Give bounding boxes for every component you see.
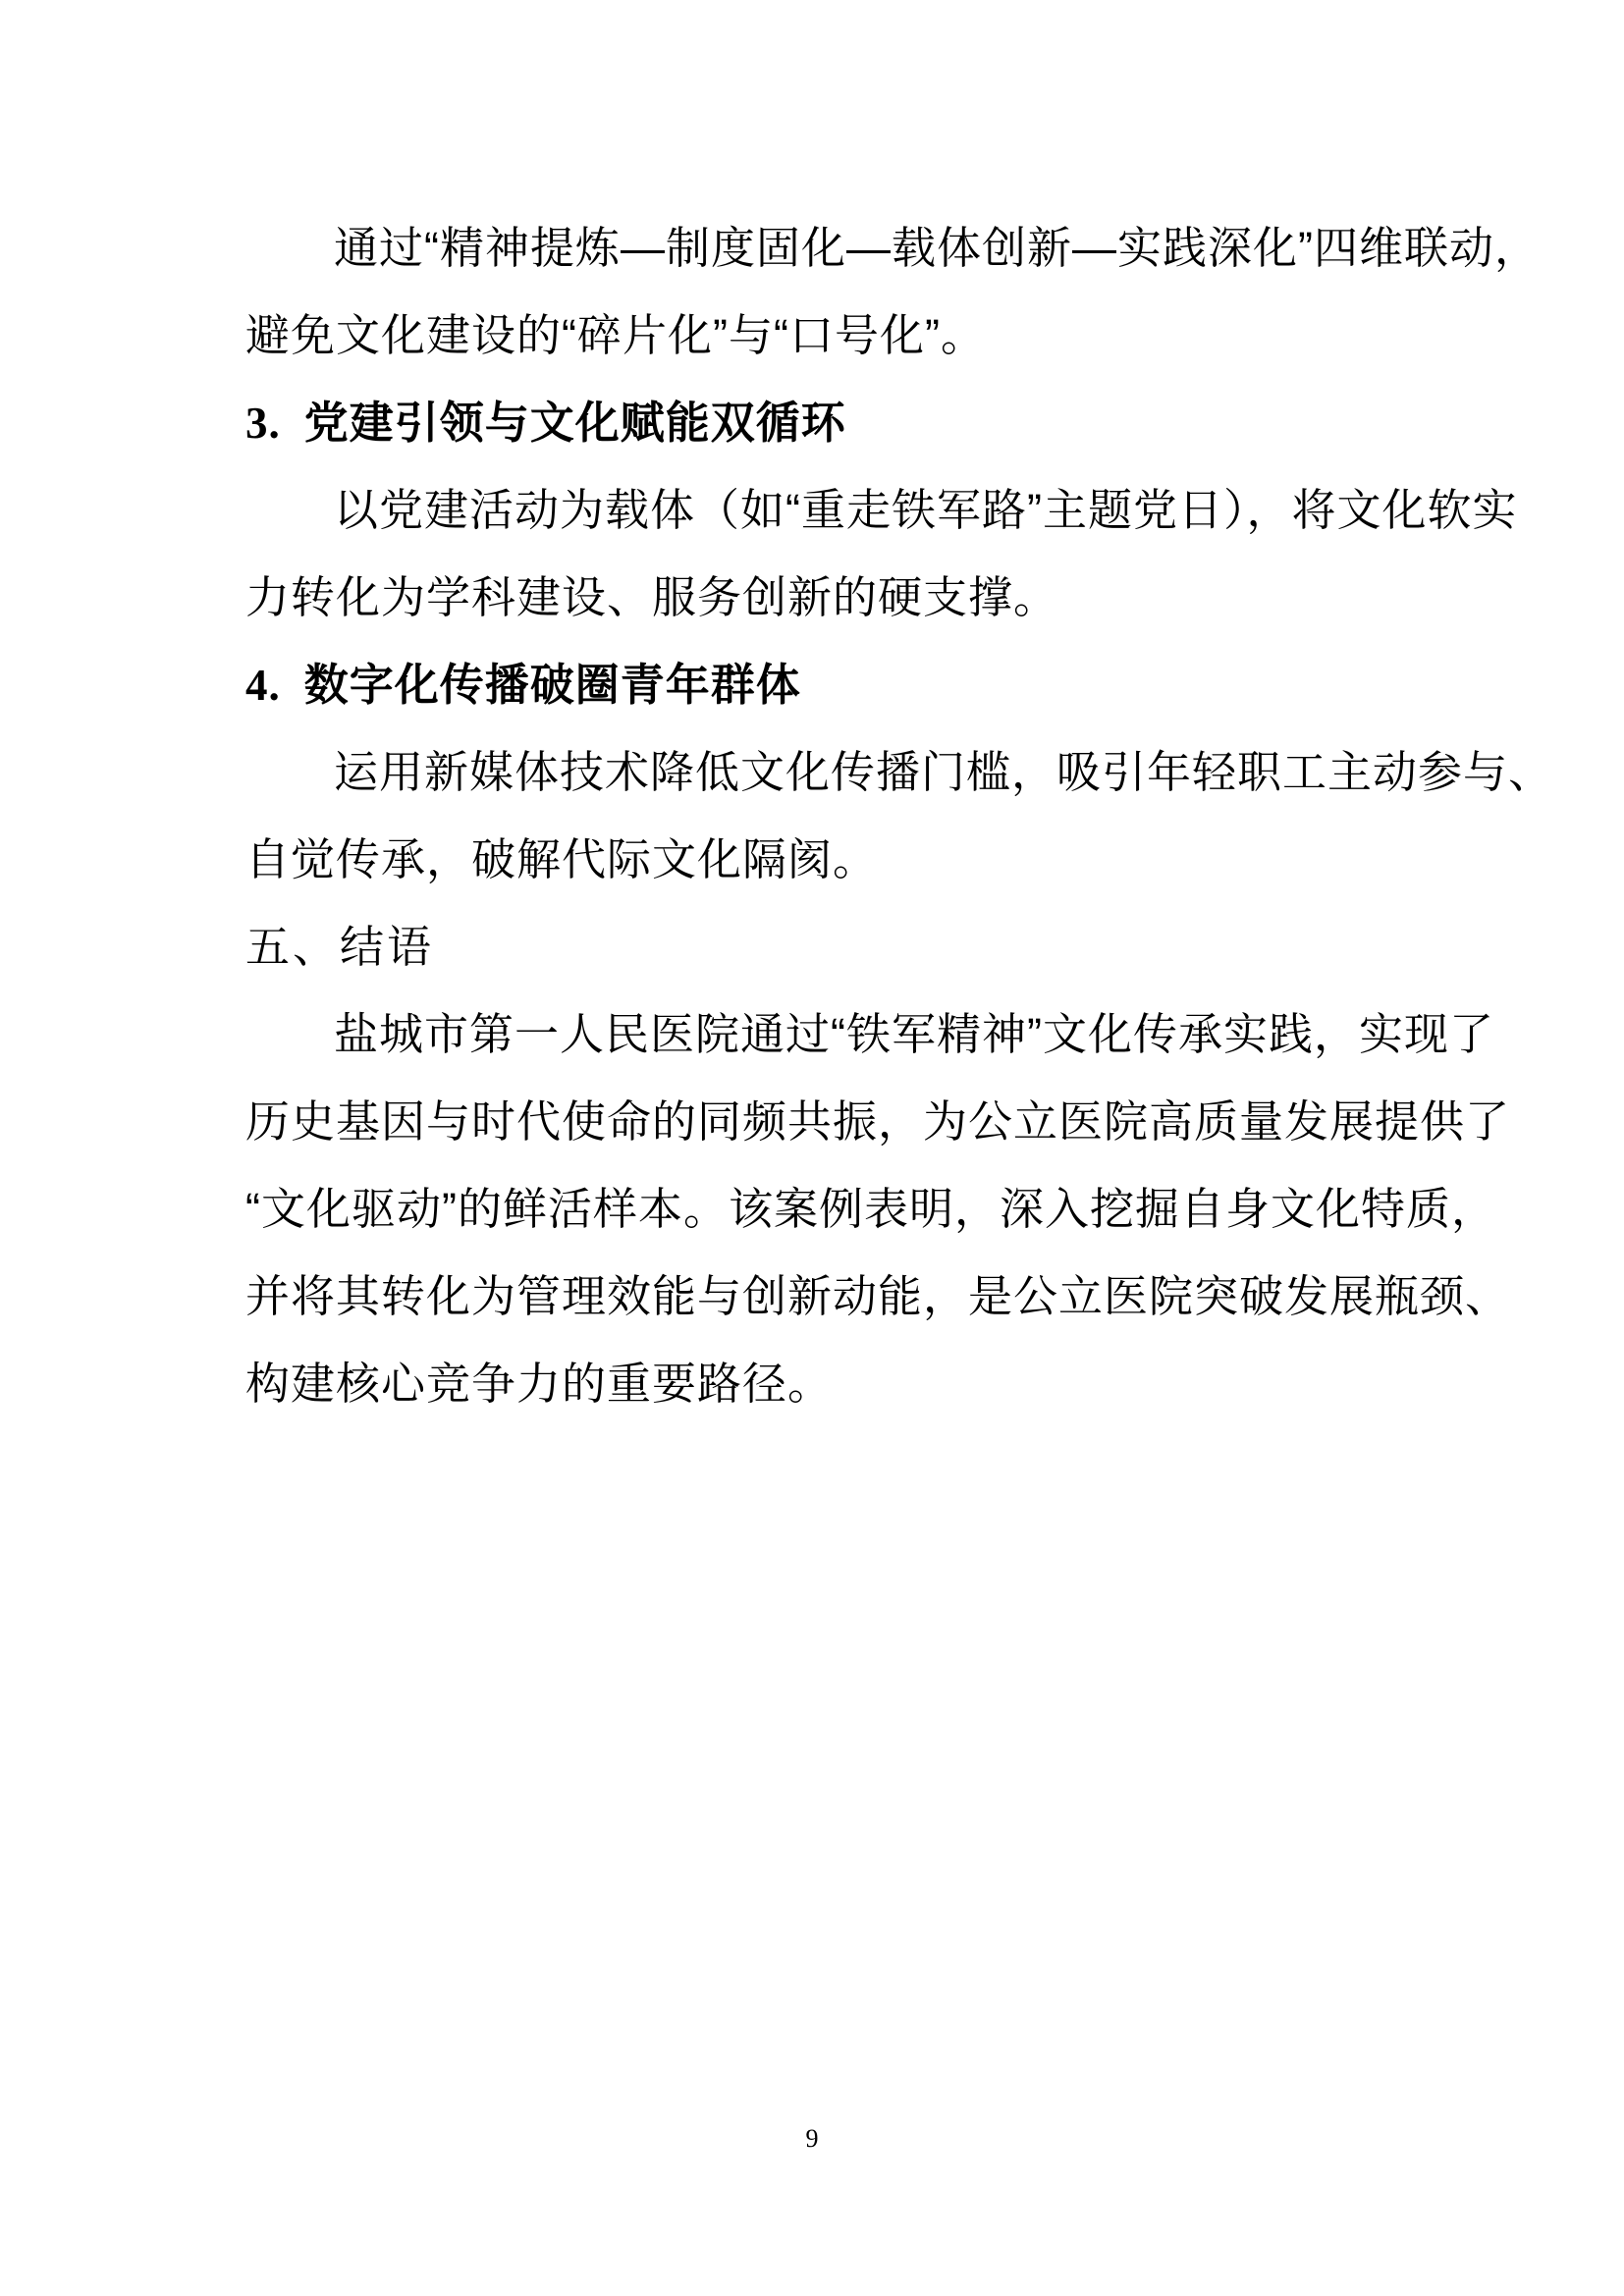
paragraph-line: 历史基因与时代使命的同频共振，为公立医院高质量发展提供了 [245, 1078, 1463, 1165]
page-number: 9 [0, 2122, 1624, 2156]
heading-3: 3.党建引领与文化赋能双循环 [245, 379, 1463, 466]
document-body: 通过“精神提炼—制度固化—载体创新—实践深化”四维联动， 避免文化建设的“碎片化… [245, 204, 1463, 1427]
heading-4: 4.数字化传播破圈青年群体 [245, 641, 1463, 728]
paragraph-line: 自觉传承，破解代际文化隔阂。 [245, 816, 1463, 903]
section-heading-conclusion: 五、结语 [245, 903, 1463, 990]
paragraph-line: 构建核心竞争力的重要路径。 [245, 1340, 1463, 1427]
paragraph-line: 以党建活动为载体（如“重走铁军路”主题党日），将文化软实 [245, 466, 1463, 554]
heading-3-number: 3. [245, 399, 281, 448]
heading-3-title: 党建引领与文化赋能双循环 [304, 398, 846, 448]
paragraph-line: 力转化为学科建设、服务创新的硬支撑。 [245, 554, 1463, 641]
paragraph-line: 盐城市第一人民医院通过“铁军精神”文化传承实践，实现了 [245, 990, 1463, 1078]
document-page: 通过“精神提炼—制度固化—载体创新—实践深化”四维联动， 避免文化建设的“碎片化… [0, 0, 1624, 2296]
paragraph-line: 运用新媒体技术降低文化传播门槛，吸引年轻职工主动参与、 [245, 728, 1463, 816]
heading-4-title: 数字化传播破圈青年群体 [304, 660, 801, 710]
paragraph-line: 通过“精神提炼—制度固化—载体创新—实践深化”四维联动， [245, 204, 1463, 292]
paragraph-line: “文化驱动”的鲜活样本。该案例表明，深入挖掘自身文化特质， [245, 1165, 1463, 1253]
paragraph-line: 并将其转化为管理效能与创新动能，是公立医院突破发展瓶颈、 [245, 1253, 1463, 1340]
heading-4-number: 4. [245, 661, 281, 710]
paragraph-line: 避免文化建设的“碎片化”与“口号化”。 [245, 292, 1463, 379]
